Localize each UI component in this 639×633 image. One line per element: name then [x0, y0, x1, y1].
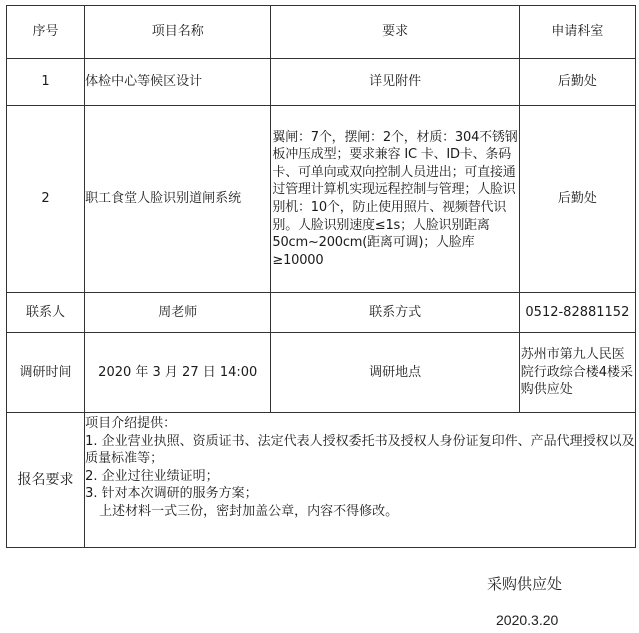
signature-date: 2020.3.20	[496, 612, 558, 628]
survey-row: 调研时间 2020 年 3 月 27 日 14:00 调研地点 苏州市第九人民医…	[7, 333, 636, 413]
signup-intro: 项目介绍提供：	[85, 415, 635, 433]
row-index: 1	[7, 59, 85, 106]
row-department: 后勤处	[519, 59, 635, 106]
survey-time-label: 调研时间	[7, 333, 85, 413]
header-requirement: 要求	[271, 6, 519, 59]
signup-item: 1. 企业营业执照、资质证书、法定代表人授权委托书及授权人身份证复印件、产品代理…	[85, 433, 635, 468]
row-index: 2	[7, 106, 85, 293]
table-row: 1 体检中心等候区设计 详见附件 后勤处	[7, 59, 636, 106]
signup-item: 3. 针对本次调研的服务方案；	[85, 485, 635, 503]
survey-table: 序号 项目名称 要求 申请科室 1 体检中心等候区设计 详见附件 后勤处 2 职…	[6, 5, 636, 548]
header-department: 申请科室	[519, 6, 635, 59]
signup-item: 2. 企业过往业绩证明；	[85, 468, 635, 486]
contact-label: 联系人	[7, 293, 85, 333]
signup-content: 项目介绍提供： 1. 企业营业执照、资质证书、法定代表人授权委托书及授权人身份证…	[85, 413, 636, 548]
signup-row: 报名要求 项目介绍提供： 1. 企业营业执照、资质证书、法定代表人授权委托书及授…	[7, 413, 636, 548]
header-index: 序号	[7, 6, 85, 59]
signature-dept: 采购供应处	[487, 573, 562, 594]
row-name: 体检中心等候区设计	[85, 59, 271, 106]
table-row: 2 职工食堂人脸识别道闸系统 翼闸：7个，摆闸：2个，材质：304不锈钢板冲压成…	[7, 106, 636, 293]
header-row: 序号 项目名称 要求 申请科室	[7, 6, 636, 59]
contact-method-label: 联系方式	[271, 293, 519, 333]
row-requirement: 翼闸：7个，摆闸：2个，材质：304不锈钢板冲压成型；要求兼容 IC 卡、ID卡…	[271, 106, 519, 293]
survey-time-value: 2020 年 3 月 27 日 14:00	[85, 333, 271, 413]
header-name: 项目名称	[85, 6, 271, 59]
signup-label: 报名要求	[7, 413, 85, 548]
row-department: 后勤处	[519, 106, 635, 293]
contact-value: 周老师	[85, 293, 271, 333]
survey-place-label: 调研地点	[271, 333, 519, 413]
signup-note: 上述材料一式三份，密封加盖公章，内容不得修改。	[85, 503, 635, 521]
contact-row: 联系人 周老师 联系方式 0512-82881152	[7, 293, 636, 333]
survey-place-value: 苏州市第九人民医院行政综合楼4楼采购供应处	[519, 333, 635, 413]
contact-method-value: 0512-82881152	[519, 293, 635, 333]
row-requirement: 详见附件	[271, 59, 519, 106]
row-name: 职工食堂人脸识别道闸系统	[85, 106, 271, 293]
